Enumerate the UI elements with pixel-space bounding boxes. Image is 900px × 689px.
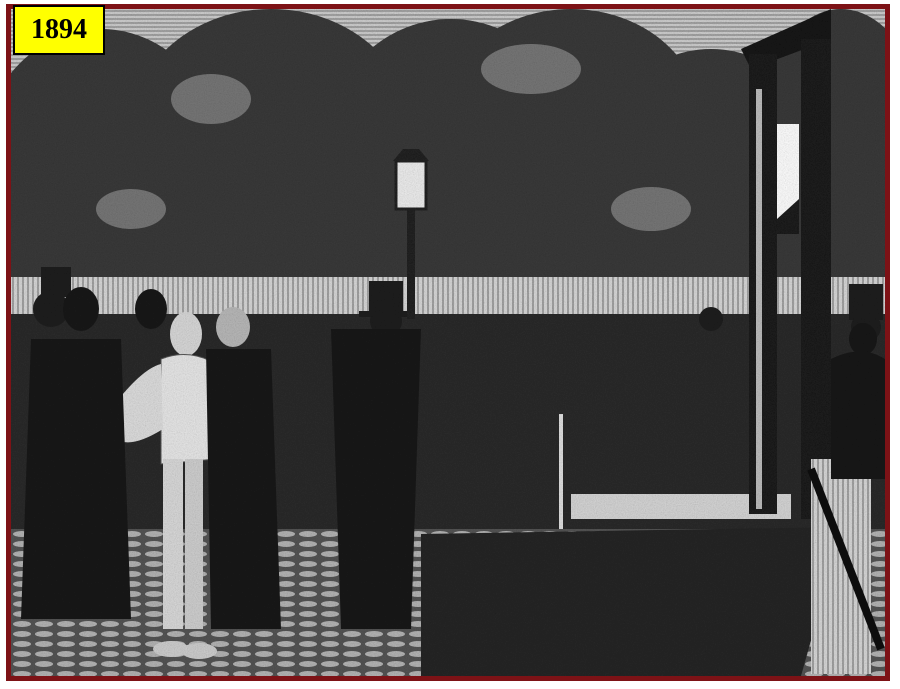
- image-frame: [6, 4, 890, 681]
- year-label: 1894: [13, 5, 105, 55]
- scaffold: [421, 527, 841, 676]
- engraving-scene: [11, 9, 885, 676]
